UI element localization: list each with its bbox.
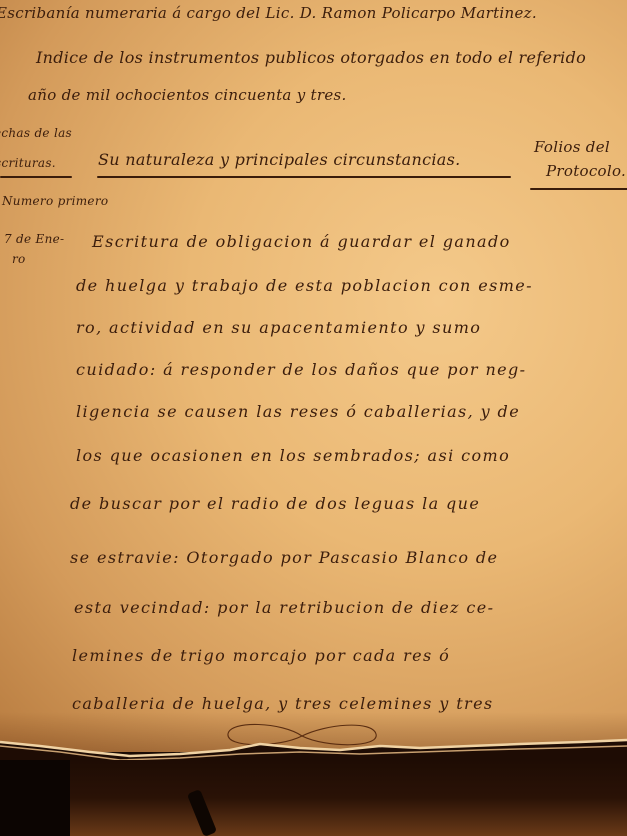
column-dates-underline <box>0 176 72 178</box>
column-nature-heading: Su naturaleza y principales circunstanci… <box>98 150 461 169</box>
entry-date-line-1: 7 de Ene- <box>4 232 64 246</box>
shadow-region <box>0 760 70 836</box>
column-folios-heading-line-2: Protocolo. <box>546 162 626 180</box>
header-line-1: Escribanía numeraria á cargo del Lic. D.… <box>0 4 537 22</box>
entry-text-line: caballeria de huelga, y tres celemines y… <box>72 694 494 713</box>
column-folios-heading-line-1: Folios del <box>534 138 610 156</box>
entry-text-line: cuidado: á responder de los daños que po… <box>76 360 527 379</box>
entry-text-line: ligencia se causen las reses ó caballeri… <box>76 402 520 421</box>
section-label: Numero primero <box>2 194 108 208</box>
entry-text-line: de buscar por el radio de dos leguas la … <box>70 494 480 513</box>
entry-date-line-2: ro <box>12 252 26 266</box>
background-surface <box>0 760 627 836</box>
entry-text-line: ro, actividad en su apacentamiento y sum… <box>76 318 481 337</box>
entry-text-line: lemines de trigo morcajo por cada res ó <box>72 646 450 665</box>
manuscript-page: Escribanía numeraria á cargo del Lic. D.… <box>0 0 627 752</box>
column-dates-heading-line-1: Fechas de las <box>0 126 72 140</box>
entry-text-line: de huelga y trabajo de esta poblacion co… <box>76 276 533 295</box>
entry-text-line: Escritura de obligacion á guardar el gan… <box>92 232 511 251</box>
header-line-3: año de mil ochocientos cincuenta y tres. <box>28 86 347 104</box>
column-nature-underline <box>97 176 511 178</box>
column-dates-heading-line-2: Escrituras. <box>0 156 56 170</box>
entry-text-line: los que ocasionen en los sembrados; asi … <box>76 446 510 465</box>
column-folios-underline <box>530 188 627 190</box>
entry-text-line: se estravie: Otorgado por Pascasio Blanc… <box>70 548 498 567</box>
entry-text-line: esta vecindad: por la retribucion de die… <box>74 598 494 617</box>
header-line-2: Indice de los instrumentos publicos otor… <box>36 48 586 67</box>
